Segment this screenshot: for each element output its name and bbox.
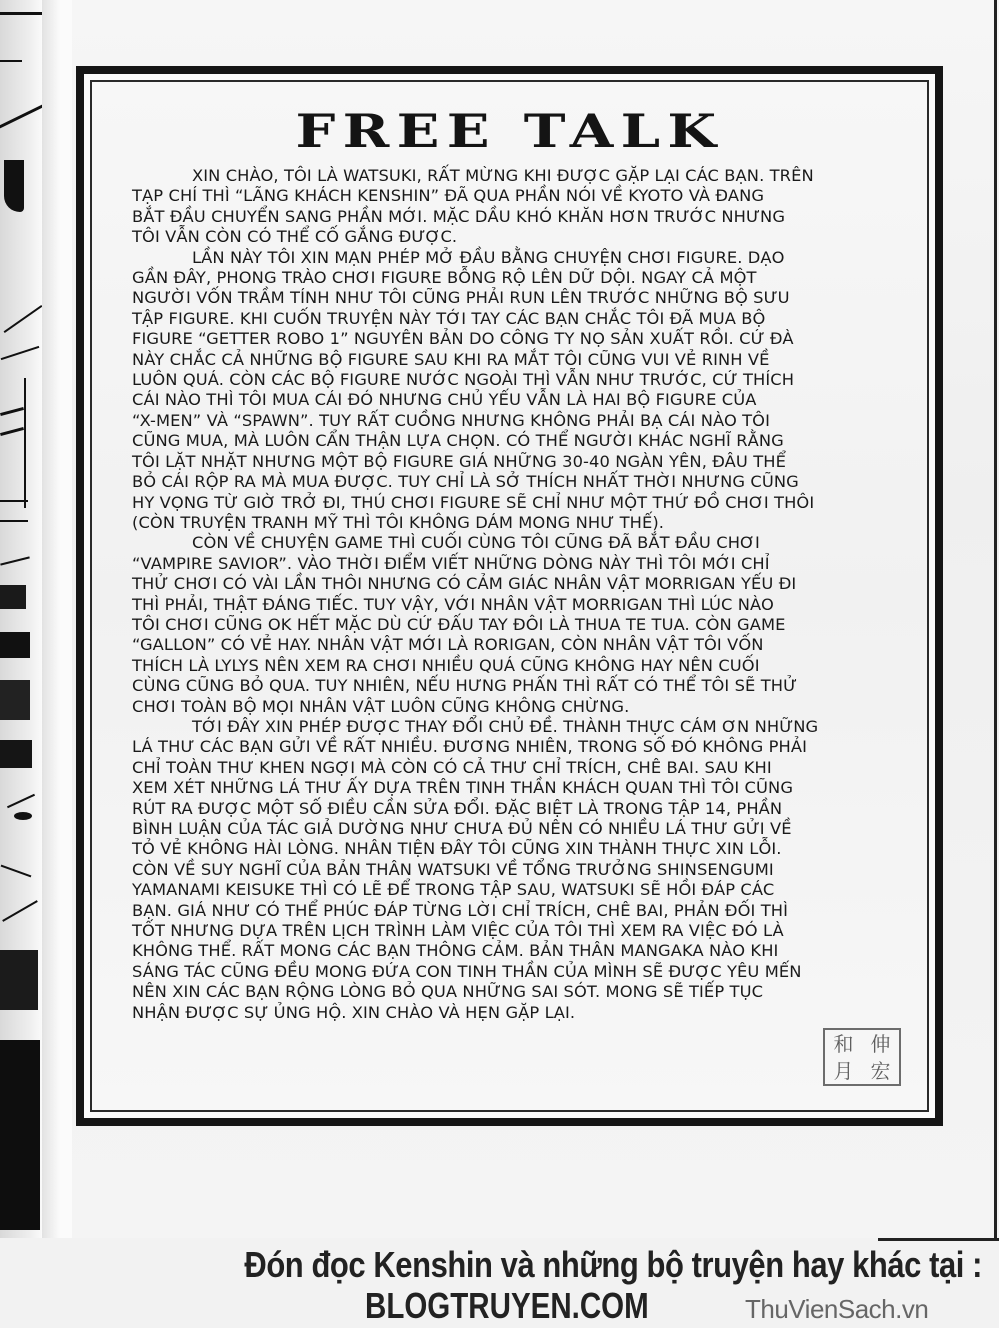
text-line: CÒN VỀ CHUYỆN GAME THÌ CUỐI CÙNG TÔI CŨN…: [132, 533, 924, 553]
text-line: GẦN ĐÂY, PHONG TRÀO CHƠI FIGURE BỖNG RỘ …: [132, 268, 924, 288]
paragraph-1: XIN CHÀO, TÔI LÀ WATSUKI, RẤT MỪNG KHI Đ…: [132, 166, 924, 248]
paragraph-4: TỚI ĐÂY XIN PHÉP ĐƯỢC THAY ĐỔI CHỦ ĐỀ. T…: [132, 717, 924, 1023]
text-line: “X-MEN” VÀ “SPAWN”. TUY RẤT CUỒNG NHƯNG …: [132, 411, 924, 431]
text-line: CÁI NÀO THÌ TÔI MUA CÁI ĐÓ NHƯNG CHỦ YẾU…: [132, 390, 924, 410]
text-line: THỬ CHƠI CÓ VÀI LẦN THÔI NHƯNG CÓ CẢM GI…: [132, 574, 924, 594]
free-talk-frame: FREE TALK XIN CHÀO, TÔI LÀ WATSUKI, RẤT …: [76, 66, 943, 1126]
text-line: BẮT ĐẦU CHUYỂN SANG PHẦN MỚI. MẶC DẦU KH…: [132, 207, 924, 227]
site-link[interactable]: BLOGTRUYEN.COM: [365, 1285, 649, 1327]
text-line: YAMANAMI KEISUKE THÌ CÓ LẼ ĐỂ TRONG TẬP …: [132, 880, 924, 900]
text-line: “VAMPIRE SAVIOR”. VÀO THỜI ĐIỂM VIẾT NHỮ…: [132, 554, 924, 574]
text-line: (CÒN TRUYỆN TRANH MỸ THÌ TÔI KHÔNG DÁM M…: [132, 513, 924, 533]
text-line: HY VỌNG TỪ GIỜ TRỞ ĐI, THÚ CHƠI FIGURE S…: [132, 493, 924, 513]
manga-page: FREE TALK XIN CHÀO, TÔI LÀ WATSUKI, RẤT …: [0, 0, 999, 1238]
text-line: TẠP CHÍ THÌ “LÃNG KHÁCH KENSHIN” ĐÃ QUA …: [132, 186, 924, 206]
page-edge-line: [994, 0, 997, 1238]
text-line: CÒN VỀ SUY NGHĨ CỦA BẢN THÂN WATSUKI VỀ …: [132, 860, 924, 880]
text-line: NÊN XIN CÁC BẠN RỘNG LÒNG BỎ QUA NHỮNG S…: [132, 982, 924, 1002]
text-line: RÚT RA ĐƯỢC MỘT SỐ ĐIỀU CẦN SỬA ĐỔI. ĐẶC…: [132, 799, 924, 819]
text-line: KHÔNG THỂ. RẤT MONG CÁC BẠN THÔNG CẢM. B…: [132, 941, 924, 961]
text-line: BẠN. GIÁ NHƯ CÓ THỂ PHÚC ĐÁP TỪNG LỜI CH…: [132, 901, 924, 921]
text-line: XEM XÉT NHỮNG LÁ THƯ ẤY DỰA TRÊN TINH TH…: [132, 778, 924, 798]
text-line: BỎ CÁI RỘP RA MÀ MUA ĐƯỢC. TUY CHỈ LÀ SỞ…: [132, 472, 924, 492]
adjacent-page-art: [0, 0, 42, 1238]
text-line: CHƠI TOÀN BỘ MỌI NHÂN VẬT LUÔN CŨNG KHÔN…: [132, 697, 924, 717]
text-line: BÌNH LUẬN CỦA TÁC GIẢ DƯỜNG NHƯ CHƯA ĐỦ …: [132, 819, 924, 839]
text-line: LẦN NÀY TÔI XIN MẠN PHÉP MỞ ĐẦU BẰNG CHU…: [132, 248, 924, 268]
text-line: FIGURE “GETTER ROBO 1” NGUYÊN BẢN DO CÔN…: [132, 329, 924, 349]
seal-char: 伸: [862, 1034, 899, 1054]
text-line: TỚI ĐÂY XIN PHÉP ĐƯỢC THAY ĐỔI CHỦ ĐỀ. T…: [132, 717, 924, 737]
promo-text: Đón đọc Kenshin và những bộ truyện hay k…: [199, 1244, 982, 1286]
text-line: CÙNG CŨNG BỎ QUA. TUY NHIÊN, NẾU HƯNG PH…: [132, 676, 924, 696]
page-gutter: [42, 0, 72, 1238]
seal-char: 月: [825, 1061, 862, 1081]
watermark: ThuVienSach.vn: [745, 1294, 928, 1325]
paragraph-3: CÒN VỀ CHUYỆN GAME THÌ CUỐI CÙNG TÔI CŨN…: [132, 533, 924, 717]
text-line: LÁ THƯ CÁC BẠN GỬI VỀ RẤT NHIỀU. ĐƯƠNG N…: [132, 737, 924, 757]
text-line: SÁNG TÁC CŨNG ĐỀU MONG ĐỨA CON TINH THẦN…: [132, 962, 924, 982]
paragraph-2: LẦN NÀY TÔI XIN MẠN PHÉP MỞ ĐẦU BẰNG CHU…: [132, 248, 924, 534]
text-line: CŨNG MUA, MÀ LUÔN CẨN THẬN LỰA CHỌN. CÓ …: [132, 431, 924, 451]
seal-char: 和: [825, 1034, 862, 1054]
text-line: NÀY CHẮC CẢ NHỮNG BỘ FIGURE SAU KHI RA M…: [132, 350, 924, 370]
author-seal-stamp: 和 伸 月 宏: [823, 1028, 901, 1086]
seal-char: 宏: [862, 1061, 899, 1081]
free-talk-inner-border: FREE TALK XIN CHÀO, TÔI LÀ WATSUKI, RẤT …: [90, 80, 929, 1112]
page-title: FREE TALK: [0, 104, 999, 158]
text-line: TÔI CHƠI CŨNG OK HẾT MẶC DÙ CỨ ĐẤU TAY Đ…: [132, 615, 924, 635]
text-line: THÍCH LÀ LYLYS NÊN XEM RA CHƠI NHIỀU QUÁ…: [132, 656, 924, 676]
text-line: “GALLON” CÓ VẺ HAY. NHÂN VẬT MỚI LÀ RORI…: [132, 635, 924, 655]
text-line: NGƯỜI VỐN TRẦM TÍNH NHƯ TÔI CŨNG PHẢI RU…: [132, 288, 924, 308]
text-line: TÔI VẪN CÒN CÓ THỂ CỐ GẮNG ĐƯỢC.: [132, 227, 924, 247]
text-line: TẬP FIGURE. KHI CUỐN TRUYỆN NÀY TỚI TAY …: [132, 309, 924, 329]
promo-banner: Đón đọc Kenshin và những bộ truyện hay k…: [0, 1238, 999, 1328]
text-line: TỎ VẺ KHÔNG HÀI LÒNG. NHÂN TIỆN ĐÂY TÔI …: [132, 839, 924, 859]
text-line: TÔI LẶT NHẶT NHƯNG MỘT BỘ FIGURE GIÁ NHỮ…: [132, 452, 924, 472]
text-line: XIN CHÀO, TÔI LÀ WATSUKI, RẤT MỪNG KHI Đ…: [132, 166, 924, 186]
banner-divider: [878, 1238, 999, 1241]
text-line: CHỈ TOÀN THƯ KHEN NGỢI MÀ CÒN CÓ CẢ THƯ …: [132, 758, 924, 778]
text-line: LUÔN QUÁ. CÒN CÁC BỘ FIGURE NƯỚC NGOÀI T…: [132, 370, 924, 390]
text-line: NHẬN ĐƯỢC SỰ ỦNG HỘ. XIN CHÀO VÀ HẸN GẶP…: [132, 1003, 924, 1023]
text-line: THÌ PHẢI, THẬT ĐÁNG TIẾC. TUY VẬY, VỚI N…: [132, 595, 924, 615]
free-talk-body: XIN CHÀO, TÔI LÀ WATSUKI, RẤT MỪNG KHI Đ…: [132, 166, 924, 1023]
text-line: TỐT NHƯNG DỰA TRÊN LỊCH TRÌNH LÀM VIỆC C…: [132, 921, 924, 941]
